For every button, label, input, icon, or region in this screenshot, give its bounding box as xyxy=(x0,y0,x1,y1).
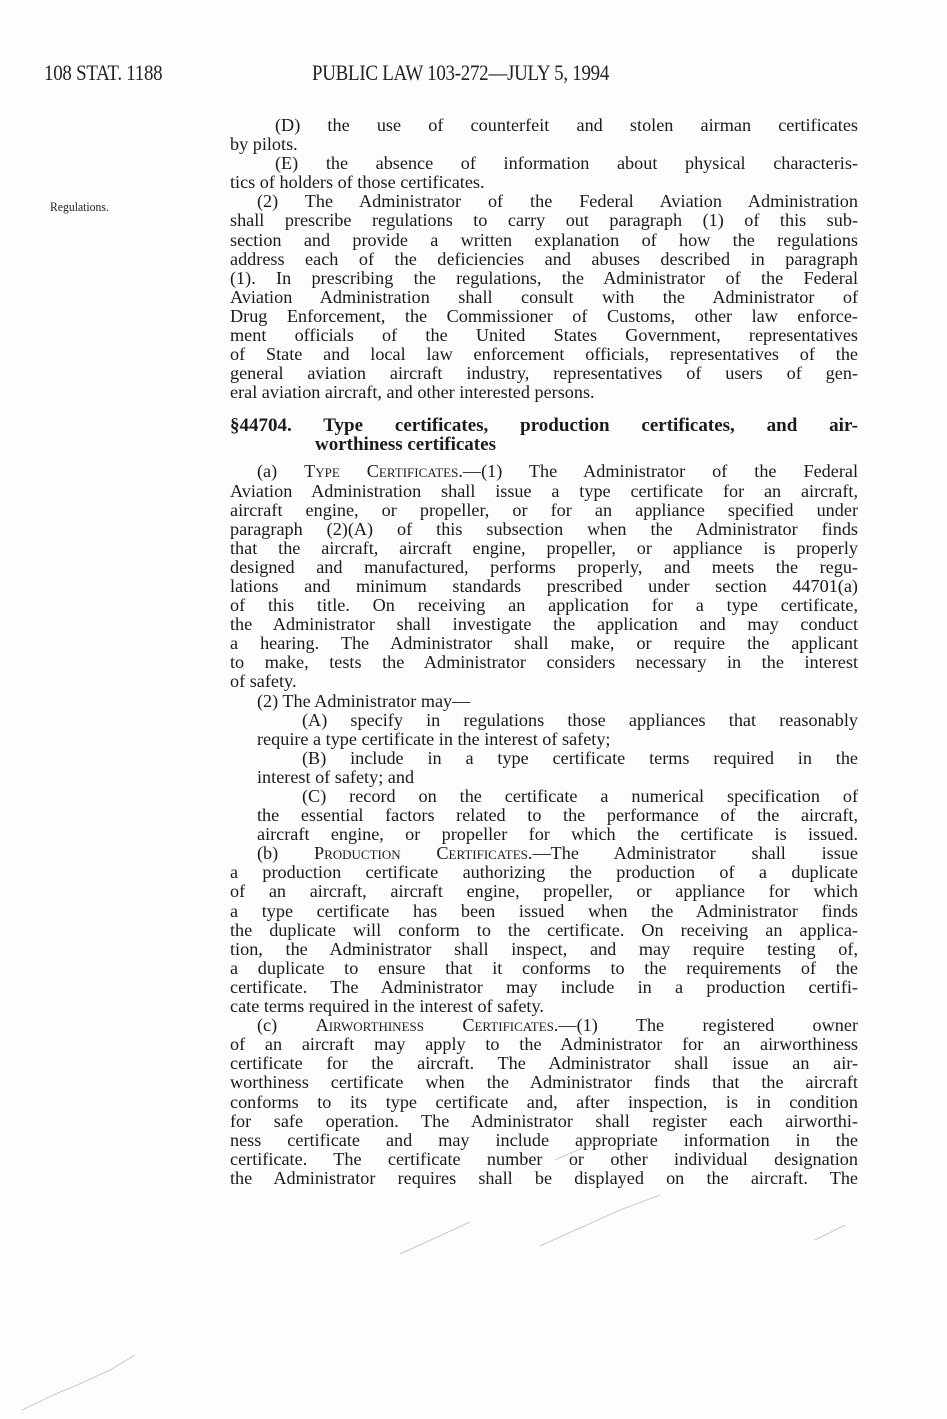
text-line: tics of holders of those certificates. xyxy=(230,173,858,192)
text-line: of an aircraft, aircraft engine, propell… xyxy=(230,882,858,901)
text-line: a production certificate authorizing the… xyxy=(230,863,858,882)
text-line: certificate for the aircraft. The Admini… xyxy=(230,1054,858,1073)
subsection-text: —The Administrator shall issue xyxy=(532,843,858,863)
text-line: to make, tests the Administrator conside… xyxy=(230,653,858,672)
text-line: of this title. On receiving an applicati… xyxy=(230,596,858,615)
text-line: of an aircraft may apply to the Administ… xyxy=(230,1035,858,1054)
text-line: a duplicate to ensure that it conforms t… xyxy=(230,959,858,978)
text-line: certificate. The Administrator may inclu… xyxy=(230,978,858,997)
text-line: the essential factors related to the per… xyxy=(230,806,858,825)
margin-note-regulations: Regulations. xyxy=(50,199,109,215)
text-line: lations and minimum standards prescribed… xyxy=(230,577,858,596)
subsection-lead: (c) xyxy=(257,1015,316,1035)
text-line: a type certificate has been issued when … xyxy=(230,902,858,921)
text-line: ness certificate and may include appropr… xyxy=(230,1131,858,1150)
text-line: the Administrator requires shall be disp… xyxy=(230,1169,858,1188)
subsection-c-airworthiness-certificates: (c) Airworthiness Certificates.—(1) The … xyxy=(230,1016,858,1188)
text-line: the Administrator shall investigate the … xyxy=(230,615,858,634)
text-line: of safety. xyxy=(230,672,858,691)
text-line: tion, the Administrator shall inspect, a… xyxy=(230,940,858,959)
subsection-a-type-certificates: (a) Type Certificates.—(1) The Administr… xyxy=(230,462,858,844)
section-heading-line: §44704. Type certificates, production ce… xyxy=(230,416,858,435)
subsection-b-production-certificates: (b) Production Certificates.—The Adminis… xyxy=(230,844,858,1016)
text-line: that the aircraft, aircraft engine, prop… xyxy=(230,539,858,558)
subsection-lead: (b) xyxy=(257,843,314,863)
item-e: (E) the absence of information about phy… xyxy=(230,154,858,192)
document-page: 108 STAT. 1188 PUBLIC LAW 103-272—JULY 5… xyxy=(0,0,947,1419)
subsection-caption: Type Certificates. xyxy=(304,461,463,481)
section-heading-line: worthiness certificates xyxy=(230,435,858,454)
item-d: (D) the use of counterfeit and stolen ai… xyxy=(230,116,858,154)
text-line: Aviation Administration shall consult wi… xyxy=(230,288,858,307)
text-line: designed and manufactured, performs prop… xyxy=(230,558,858,577)
text-line: (c) Airworthiness Certificates.—(1) The … xyxy=(230,1016,858,1035)
text-line: certificate. The certificate number or o… xyxy=(230,1150,858,1169)
text-line: cate terms required in the interest of s… xyxy=(230,997,858,1016)
subsection-caption: Production Certificates. xyxy=(314,843,533,863)
paragraph-2-regulations: (2) The Administrator of the Federal Avi… xyxy=(230,192,858,402)
text-line: (2) The Administrator may— xyxy=(230,692,858,711)
text-line: eral aviation aircraft, and other intere… xyxy=(230,383,858,402)
subsection-caption: Airworthiness Certificates. xyxy=(316,1015,559,1035)
text-line: for safe operation. The Administrator sh… xyxy=(230,1112,858,1131)
text-line: (C) record on the certificate a numerica… xyxy=(230,787,858,806)
text-line: paragraph (2)(A) of this subsection when… xyxy=(230,520,858,539)
text-line: require a type certificate in the intere… xyxy=(230,730,858,749)
text-line: (D) the use of counterfeit and stolen ai… xyxy=(230,116,858,135)
body-text: (D) the use of counterfeit and stolen ai… xyxy=(230,116,858,1188)
text-line: section and provide a written explanatio… xyxy=(230,231,858,250)
text-line: ment officials of the United States Gove… xyxy=(230,326,858,345)
subsection-text: —(1) The Administrator of the Federal xyxy=(463,461,858,481)
text-line: aircraft engine, or propeller, or for an… xyxy=(230,501,858,520)
running-head: 108 STAT. 1188 PUBLIC LAW 103-272—JULY 5… xyxy=(44,60,864,90)
public-law-title: PUBLIC LAW 103-272—JULY 5, 1994 xyxy=(312,60,609,86)
subsection-lead: (a) xyxy=(257,461,304,481)
text-line: (E) the absence of information about phy… xyxy=(230,154,858,173)
text-line: the duplicate will conform to the certif… xyxy=(230,921,858,940)
text-line: (1). In prescribing the regulations, the… xyxy=(230,269,858,288)
text-line: of State and local law enforcement offic… xyxy=(230,345,858,364)
text-line: (B) include in a type certificate terms … xyxy=(230,749,858,768)
text-line: aircraft engine, or propeller for which … xyxy=(230,825,858,844)
text-line: (A) specify in regulations those applian… xyxy=(230,711,858,730)
text-line: address each of the deficiencies and abu… xyxy=(230,250,858,269)
text-line: Aviation Administration shall issue a ty… xyxy=(230,482,858,501)
text-line: a hearing. The Administrator shall make,… xyxy=(230,634,858,653)
text-line: by pilots. xyxy=(230,135,858,154)
text-line: conforms to its type certificate and, af… xyxy=(230,1093,858,1112)
statute-citation: 108 STAT. 1188 xyxy=(44,60,162,86)
subsection-text: —(1) The registered owner xyxy=(558,1015,858,1035)
text-line: shall prescribe regulations to carry out… xyxy=(230,211,858,230)
text-line: (b) Production Certificates.—The Adminis… xyxy=(230,844,858,863)
text-line: general aviation aircraft industry, repr… xyxy=(230,364,858,383)
text-line: worthiness certificate when the Administ… xyxy=(230,1073,858,1092)
text-line: (a) Type Certificates.—(1) The Administr… xyxy=(230,462,858,481)
section-heading: §44704. Type certificates, production ce… xyxy=(230,416,858,454)
text-line: interest of safety; and xyxy=(230,768,858,787)
text-line: (2) The Administrator of the Federal Avi… xyxy=(230,192,858,211)
text-line: Drug Enforcement, the Commissioner of Cu… xyxy=(230,307,858,326)
